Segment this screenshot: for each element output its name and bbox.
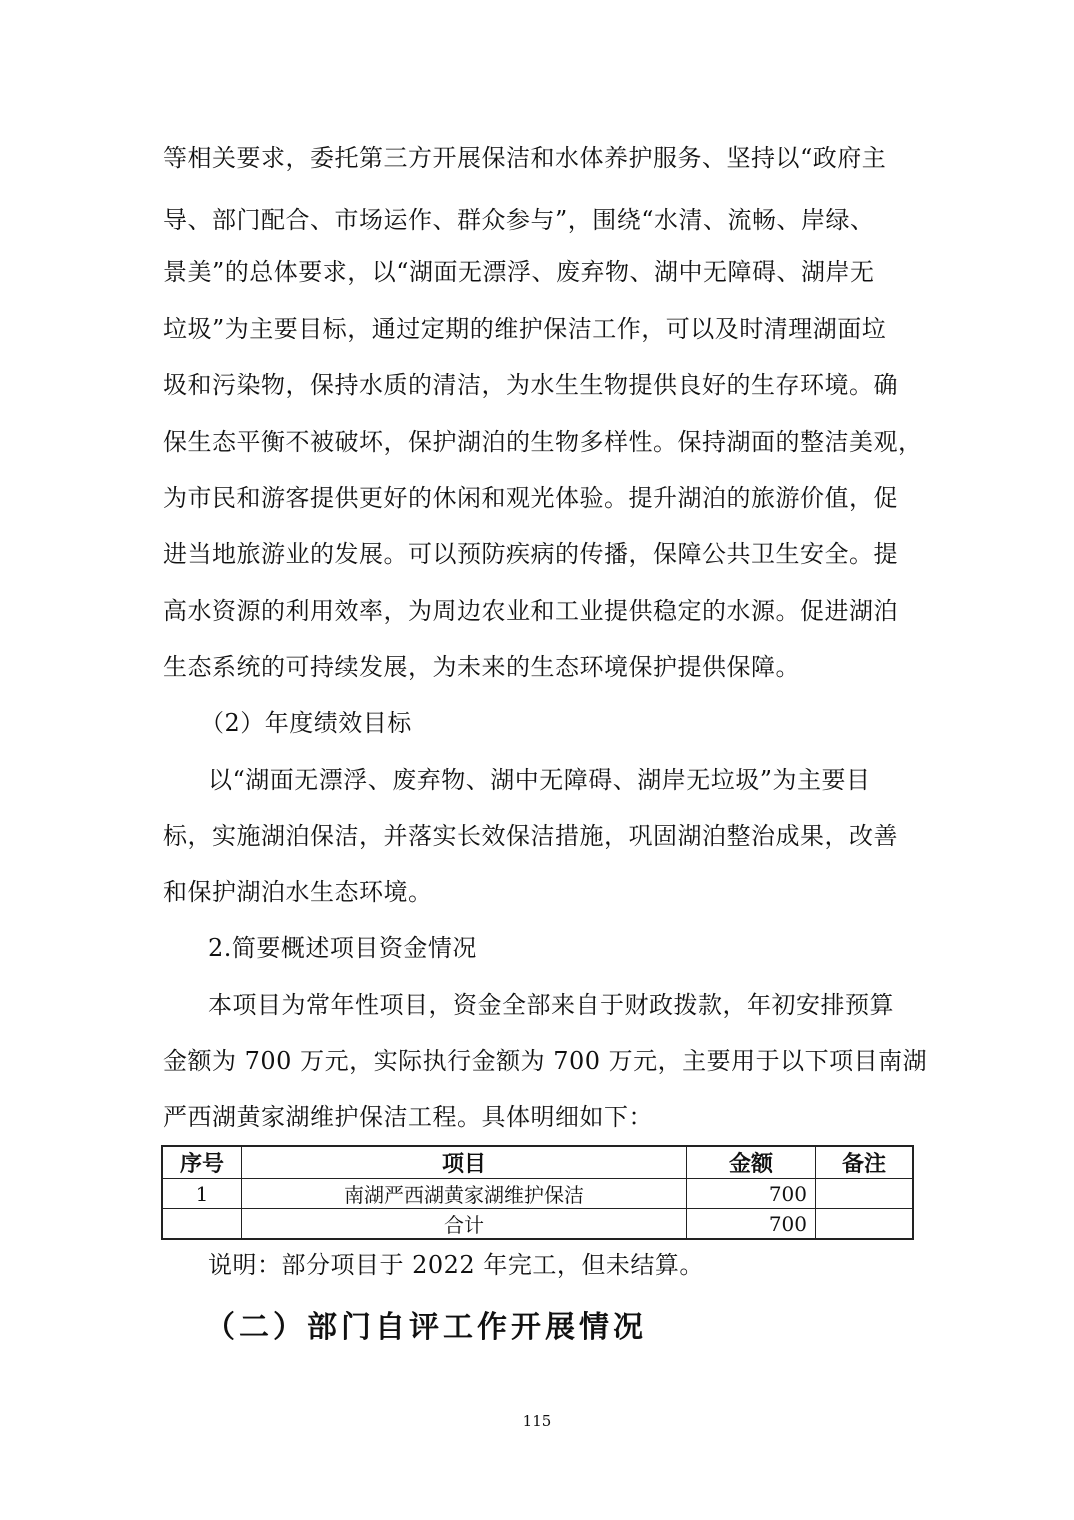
table-row: 1 南湖严西湖黄家湖维护保洁 700 [162, 1179, 913, 1209]
paragraph-line: 金额为 700 万元，实际执行金额为 700 万元，主要用于以下项目南湖 [163, 1046, 913, 1076]
paragraph-line: 景美”的总体要求，以“湖面无漂浮、废弃物、湖中无障碍、湖岸无 [163, 257, 913, 287]
funds-table: 序号 项目 金额 备注 1 南湖严西湖黄家湖维护保洁 700 合计 700 [161, 1145, 914, 1240]
table-header-row: 序号 项目 金额 备注 [162, 1146, 913, 1179]
section-heading: （二）部门自评工作开展情况 [205, 1302, 647, 1346]
paragraph-line: 导、部门配合、市场运作、群众参与”，围绕“水清、流畅、岸绿、 [163, 205, 913, 235]
paragraph-line: 为市民和游客提供更好的休闲和观光体验。提升湖泊的旅游价值，促 [163, 483, 913, 513]
paragraph-line: 严西湖黄家湖维护保洁工程。具体明细如下： [163, 1102, 913, 1132]
paragraph-line: 高水资源的利用效率，为周边农业和工业提供稳定的水源。促进湖泊 [163, 596, 913, 626]
paragraph-line: 和保护湖泊水生态环境。 [163, 877, 913, 907]
paragraph-line: 本项目为常年性项目，资金全部来自于财政拨款，年初安排预算 [208, 990, 958, 1020]
cell-remarks [816, 1209, 914, 1240]
paragraph-line: 圾和污染物，保持水质的清洁，为水生生物提供良好的生存环境。确 [163, 370, 913, 400]
subheading-funds: 2.简要概述项目资金情况 [208, 933, 958, 963]
table-row-total: 合计 700 [162, 1209, 913, 1240]
cell-project: 合计 [242, 1209, 687, 1240]
cell-index: 1 [162, 1179, 242, 1209]
cell-index [162, 1209, 242, 1240]
cell-remarks [816, 1179, 914, 1209]
paragraph-line: 进当地旅游业的发展。可以预防疾病的传播，保障公共卫生安全。提 [163, 539, 913, 569]
paragraph-line: 生态系统的可持续发展，为未来的生态环境保护提供保障。 [163, 652, 913, 682]
paragraph-line: 标，实施湖泊保洁，并落实长效保洁措施，巩固湖泊整治成果，改善 [163, 821, 913, 851]
document-page: 等相关要求，委托第三方开展保洁和水体养护服务、坚持以“政府主 导、部门配合、市场… [0, 0, 1074, 1520]
cell-amount: 700 [687, 1179, 816, 1209]
paragraph-line: 等相关要求，委托第三方开展保洁和水体养护服务、坚持以“政府主 [163, 143, 913, 173]
paragraph-line: 保生态平衡不被破坏，保护湖泊的生物多样性。保持湖面的整洁美观， [163, 427, 913, 457]
table-note: 说明：部分项目于 2022 年完工，但未结算。 [208, 1250, 958, 1280]
header-amount: 金额 [687, 1146, 816, 1179]
header-remarks: 备注 [816, 1146, 914, 1179]
cell-project: 南湖严西湖黄家湖维护保洁 [242, 1179, 687, 1209]
page-number: 115 [0, 1412, 1074, 1430]
subheading-annual-goal: （2）年度绩效目标 [200, 708, 950, 738]
paragraph-line: 以“湖面无漂浮、废弃物、湖中无障碍、湖岸无垃圾”为主要目 [208, 765, 958, 795]
paragraph-line: 垃圾”为主要目标，通过定期的维护保洁工作，可以及时清理湖面垃 [163, 314, 913, 344]
header-project: 项目 [242, 1146, 687, 1179]
header-index: 序号 [162, 1146, 242, 1179]
cell-amount: 700 [687, 1209, 816, 1240]
